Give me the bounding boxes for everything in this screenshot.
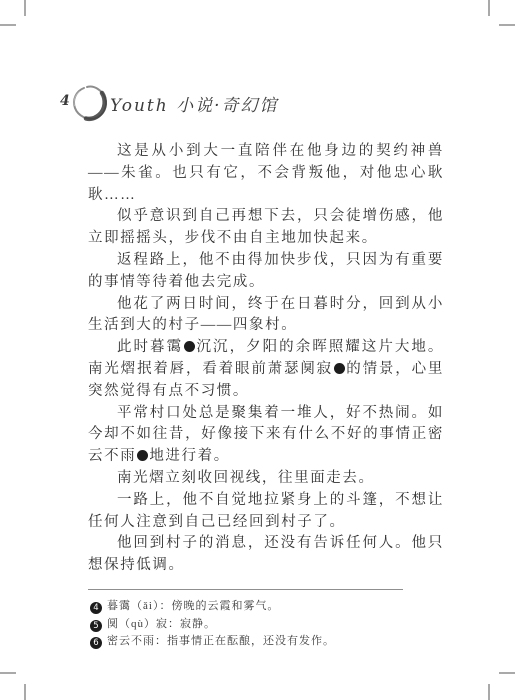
paragraph: 这是从小到大一直陪伴在他身边的契约神兽——朱雀。也只有它，不会背叛他，对他忠心耿…: [88, 141, 444, 206]
footnote-marker: 6: [90, 637, 102, 649]
footnote: 5阒（qù）寂：寂静。: [90, 616, 440, 634]
crop-mark: [488, 684, 490, 700]
paragraph: 似乎意识到自己再想下去，只会徒增伤感，他立即摇摇头，步伐不由自主地加快起来。: [88, 206, 444, 250]
ink-brush-circle-icon: [68, 82, 110, 129]
paragraph: 南光熠立刻收回视线，往里面走去。: [88, 468, 444, 490]
page-number: 4: [60, 93, 70, 109]
footnote-marker: 4: [90, 602, 102, 614]
footnotes: 4暮霭（ǎi）：傍晚的云霞和雾气。5阒（qù）寂：寂静。6密云不雨：指事情正在酝…: [90, 598, 440, 651]
footnote-ref: 5: [334, 363, 345, 374]
paragraph: 他花了两日时间，终于在日暮时分，回到从小生活到大的村子——四象村。: [88, 294, 444, 338]
paragraph: 平常村口处总是聚集着一堆人，好不热闹。如今却不如往昔，好像接下来有什么不好的事情…: [88, 403, 444, 468]
footnote-text: 暮霭（ǎi）：傍晚的云霞和雾气。: [107, 600, 279, 612]
paragraph: 一路上，他不自觉地拉紧身上的斗篷，不想让任何人注意到自己已经回到村子了。: [88, 490, 444, 534]
crop-mark: [499, 672, 515, 674]
crop-mark: [24, 0, 26, 16]
paragraph: 此时暮霭4沉沉，夕阳的余晖照耀这片大地。南光熠抿着唇，看着眼前萧瑟阒寂5的情景，…: [88, 337, 444, 402]
footnote-text: 阒（qù）寂：寂静。: [107, 618, 216, 630]
body-text: 这是从小到大一直陪伴在他身边的契约神兽——朱雀。也只有它，不会背叛他，对他忠心耿…: [88, 141, 444, 577]
crop-mark: [24, 684, 26, 700]
footnote-divider: [88, 589, 403, 590]
footnote: 4暮霭（ǎi）：傍晚的云霞和雾气。: [90, 598, 440, 616]
section-title: Youth 小说·奇幻馆: [110, 91, 279, 116]
book-page: 4 Youth 小说·奇幻馆 这是从小到大一直陪伴在他身边的契约神兽——朱雀。也…: [0, 0, 515, 700]
footnote-ref: 6: [137, 450, 148, 461]
footnote-ref: 4: [184, 341, 195, 352]
paragraph: 返程路上，他不由得加快步伐，只因为有重要的事情等待着他去完成。: [88, 250, 444, 294]
paragraph: 他回到村子的消息，还没有告诉任何人。他只想保持低调。: [88, 533, 444, 577]
crop-mark: [499, 24, 515, 26]
footnote: 6密云不雨：指事情正在酝酿，还没有发作。: [90, 633, 440, 651]
crop-mark: [0, 672, 16, 674]
footnote-text: 密云不雨：指事情正在酝酿，还没有发作。: [107, 635, 335, 647]
crop-mark: [488, 0, 490, 16]
footnote-marker: 5: [90, 620, 102, 632]
crop-mark: [0, 24, 16, 26]
